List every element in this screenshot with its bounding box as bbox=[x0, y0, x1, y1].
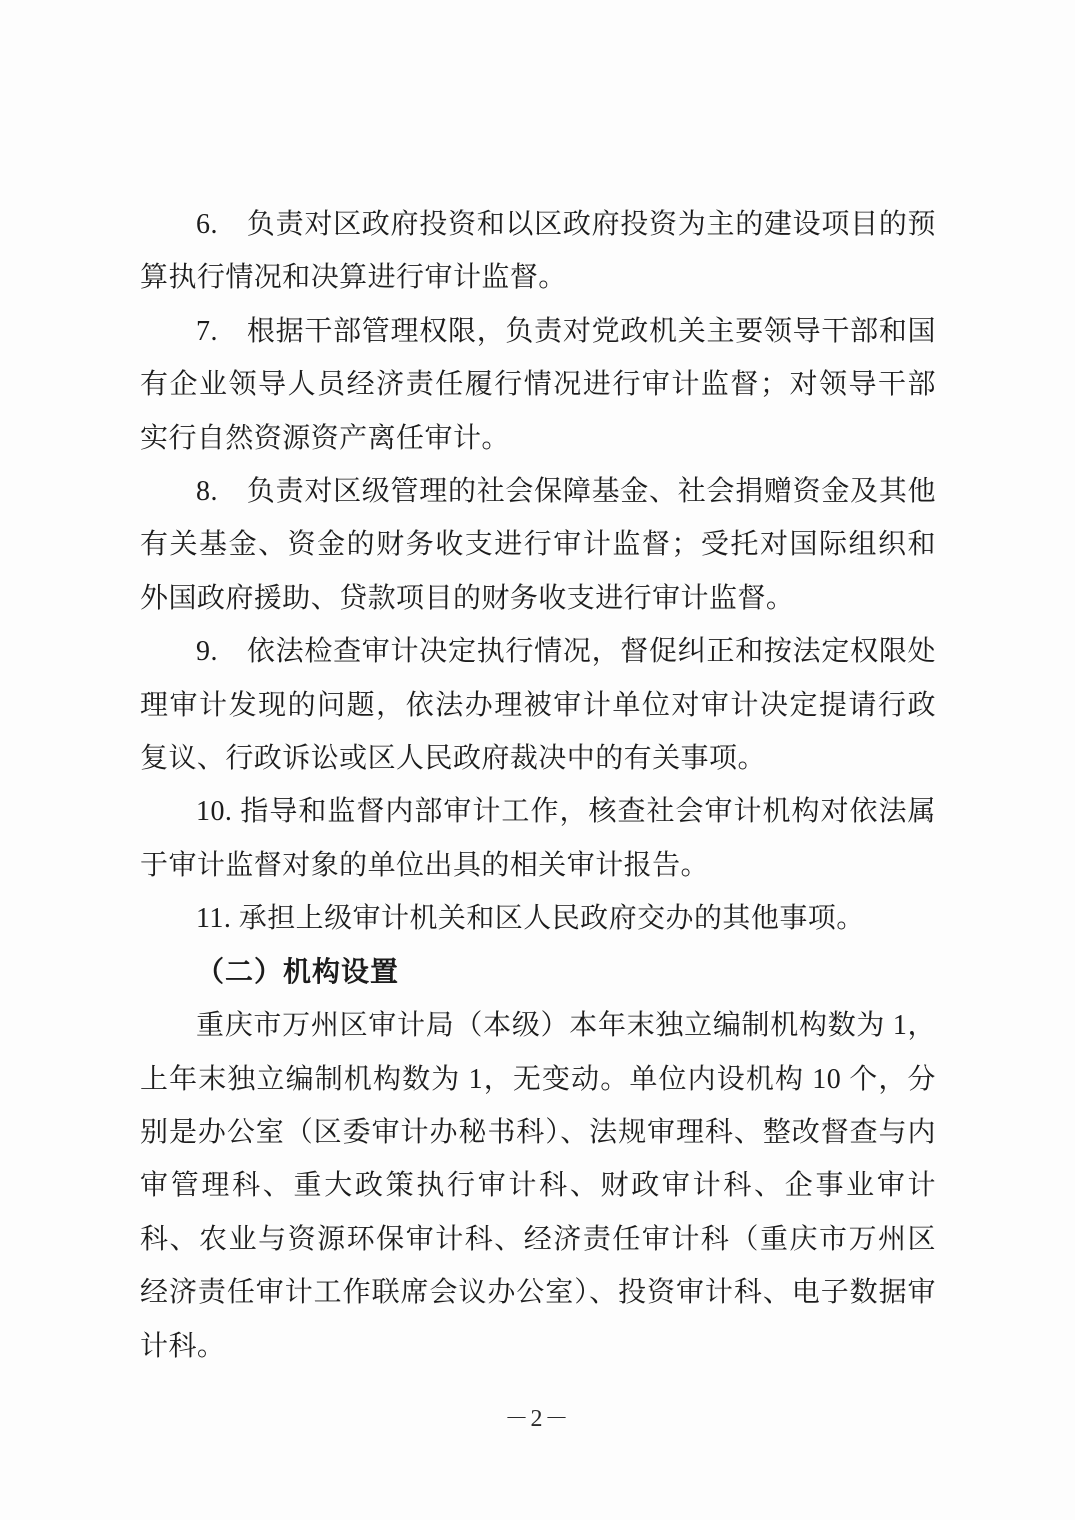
paragraph: 10. 指导和监督内部审计工作，核查社会审计机构对依法属于审计监督对象的单位出具… bbox=[140, 785, 936, 892]
page-footer: －2－ bbox=[0, 1398, 1075, 1433]
document-page: 6. 负责对区政府投资和以区政府投资为主的建设项目的预算执行情况和决算进行审计监… bbox=[0, 0, 1075, 1520]
document-body: 6. 负责对区政府投资和以区政府投资为主的建设项目的预算执行情况和决算进行审计监… bbox=[140, 198, 936, 1373]
paragraph: 7. 根据干部管理权限，负责对党政机关主要领导干部和国有企业领导人员经济责任履行… bbox=[140, 305, 936, 465]
page-number: －2－ bbox=[505, 1406, 571, 1432]
paragraph: 重庆市万州区审计局（本级）本年末独立编制机构数为 1，上年末独立编制机构数为 1… bbox=[140, 999, 936, 1373]
paragraph: 11. 承担上级审计机关和区人民政府交办的其他事项。 bbox=[140, 892, 936, 945]
paragraph: 6. 负责对区政府投资和以区政府投资为主的建设项目的预算执行情况和决算进行审计监… bbox=[140, 198, 936, 305]
paragraph: 9. 依法检查审计决定执行情况，督促纠正和按法定权限处理审计发现的问题，依法办理… bbox=[140, 625, 936, 785]
paragraph: 8. 负责对区级管理的社会保障基金、社会捐赠资金及其他有关基金、资金的财务收支进… bbox=[140, 465, 936, 625]
section-heading: （二）机构设置 bbox=[140, 946, 936, 999]
